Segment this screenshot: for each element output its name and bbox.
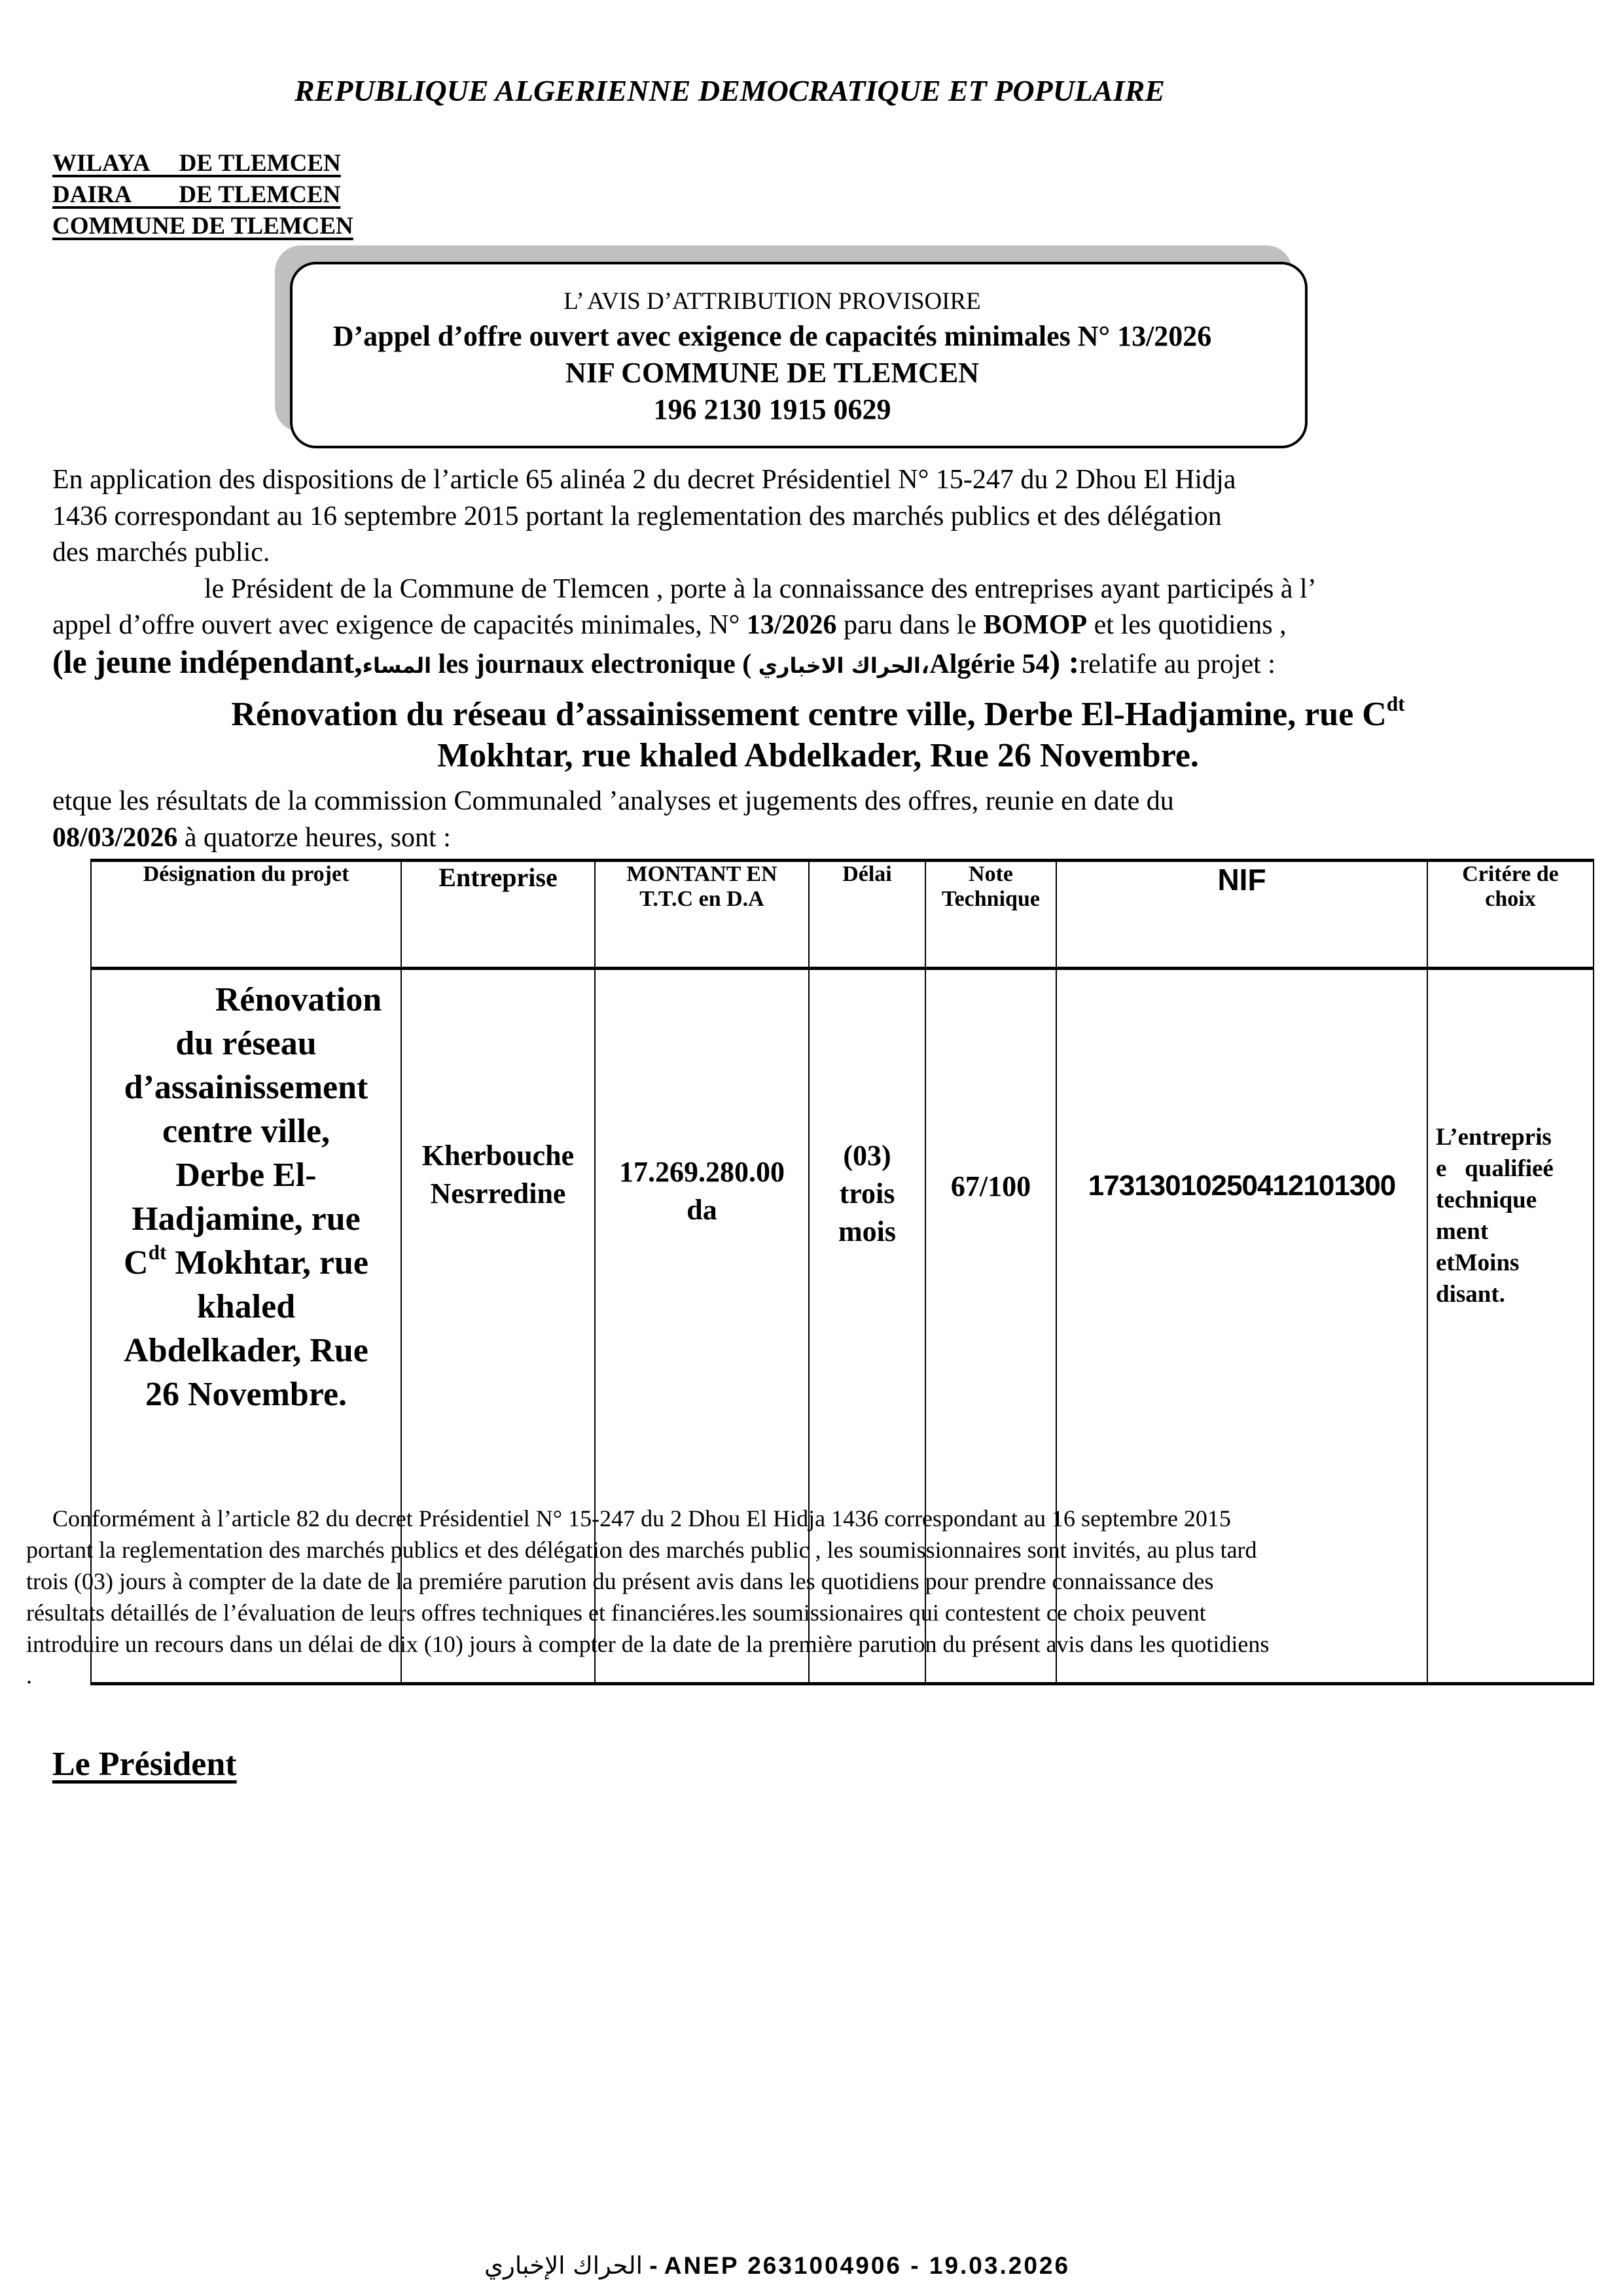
header-entreprise: Entreprise [401, 861, 595, 969]
tender-title: D’appel d’offre ouvert avec exigence de … [249, 318, 1296, 355]
montant-currency: da [599, 1191, 804, 1229]
results-intro-line-1: etque les résultats de la commission Com… [52, 783, 1577, 820]
critere-line: etMoins [1436, 1247, 1589, 1279]
republic-heading: REPUBLIQUE ALGERIENNE DEMOCRATIQUE ET PO… [294, 73, 1165, 108]
newspaper-arabic-1: المساء [363, 653, 431, 678]
header-note: NoteTechnique [925, 861, 1056, 969]
closing-line-6: . [26, 1660, 1551, 1691]
project-title-line-2: Mokhtar, rue khaled Abdelkader, Rue 26 N… [52, 735, 1584, 776]
commune-line: COMMUNE DE TLEMCEN [52, 212, 353, 240]
project-title-line-1: Rénovation du réseau d’assainissement ce… [231, 696, 1386, 733]
header-note-1: Note [930, 862, 1052, 887]
closing-line-5: introduire un recours dans un délai de d… [26, 1628, 1551, 1660]
intro-line-2: 1436 correspondant au 16 septembre 2015 … [52, 499, 1577, 535]
designation-line: centre ville, [96, 1109, 397, 1153]
results-intro-line-2: 08/03/2026 à quatorze heures, sont : [52, 820, 1577, 857]
signature-label: Le Président [52, 1745, 237, 1784]
nif-label: NIF COMMUNE DE TLEMCEN [249, 355, 1296, 391]
intro-line-6: (le jeune indépendant,المساء les journau… [52, 644, 1577, 685]
header-nif: NIF [1056, 861, 1427, 969]
closing-paragraph: Conformément à l’article 82 du decret Pr… [26, 1503, 1551, 1691]
header-montant: MONTANT ENT.T.C en D.A [595, 861, 809, 969]
designation-cdt-post: Mokhtar, rue [166, 1244, 368, 1282]
intro-line-6-end: relatife au projet : [1079, 649, 1275, 679]
intro-line-4: le Président de la Commune de Tlemcen , … [52, 571, 1577, 608]
intro-paragraph: En application des dispositions de l’art… [52, 462, 1577, 684]
designation-line: Cdt Mokhtar, rue [96, 1241, 397, 1285]
newspaper-algerie54: ،Algérie 54 [921, 649, 1050, 679]
project-title: Rénovation du réseau d’assainissement ce… [52, 694, 1584, 776]
intro-line-6-close: ) : [1049, 643, 1079, 680]
header-note-2: Technique [930, 887, 1052, 912]
designation-cdt-sup: dt [149, 1241, 167, 1264]
intro-line-5-b: paru dans le [837, 610, 984, 640]
tender-number: 13/2026 [747, 610, 837, 640]
designation-line: Abdelkader, Rue [96, 1329, 397, 1372]
intro-line-5-c: et les quotidiens , [1087, 610, 1286, 640]
closing-line-3: trois (03) jours à compter de la date de… [26, 1566, 1551, 1597]
footer-anep: - ANEP 2631004906 - 19.03.2026 [643, 2252, 1070, 2279]
newspaper-arabic-2: الحراك الاخباري [758, 653, 921, 678]
project-title-sup: dt [1387, 692, 1405, 715]
intro-line-5-a: appel d’offre ouvert avec exigence de ca… [52, 610, 747, 640]
critere-line: technique [1436, 1185, 1589, 1216]
closing-line-1: Conformément à l’article 82 du decret Pr… [26, 1503, 1551, 1534]
critere-line: L’entrepris [1436, 1122, 1589, 1153]
delai-words-1: trois [813, 1175, 921, 1213]
newspapers: (le jeune indépendant, [52, 643, 363, 680]
notice-type: L’ AVIS D’ATTRIBUTION PROVISOIRE [249, 285, 1296, 318]
header-critere: Critére dechoix [1427, 861, 1594, 969]
closing-line-2: portant la reglementation des marchés pu… [26, 1534, 1551, 1566]
results-intro: etque les résultats de la commission Com… [52, 783, 1577, 856]
meeting-date: 08/03/2026 [52, 823, 177, 853]
critere-line: ment [1436, 1216, 1589, 1247]
header-critere-2: choix [1432, 887, 1589, 912]
intro-line-5: appel d’offre ouvert avec exigence de ca… [52, 607, 1577, 644]
table-header-row: Désignation du projet Entreprise MONTANT… [91, 861, 1594, 969]
entreprise-name-1: Kherbouche [406, 1137, 590, 1175]
publication-footer: الحراك الإخباري - ANEP 2631004906 - 19.0… [484, 2251, 1070, 2280]
delai-number: (03) [813, 1137, 921, 1175]
delai-words-2: mois [813, 1213, 921, 1251]
designation-line: Derbe El- [96, 1153, 397, 1197]
header-montant-1: MONTANT EN [599, 862, 804, 887]
header-delai: Délai [809, 861, 925, 969]
title-box-text: L’ AVIS D’ATTRIBUTION PROVISOIRE D’appel… [249, 285, 1296, 428]
designation-cdt: C [124, 1244, 149, 1282]
designation-line: 26 Novembre. [96, 1372, 397, 1416]
bomop-label: BOMOP [983, 610, 1087, 640]
designation-line: khaled [96, 1285, 397, 1329]
header-critere-1: Critére de [1432, 862, 1589, 887]
designation-line: d’assainissement [96, 1066, 397, 1109]
critere-line: e qualifieé [1436, 1153, 1589, 1185]
wilaya-line: WILAYA DE TLEMCEN [52, 149, 341, 177]
entreprise-name-2: Nesrredine [406, 1175, 590, 1213]
daira-line: DAIRA DE TLEMCEN [52, 181, 340, 209]
designation-line: Rénovation [96, 978, 397, 1022]
footer-arabic: الحراك الإخباري [484, 2251, 643, 2280]
intro-line-3: des marchés public. [52, 535, 1577, 571]
header-montant-2: T.T.C en D.A [599, 887, 804, 912]
montant-value: 17.269.280.00 [599, 1153, 804, 1191]
closing-line-4: résultats détaillés de l’évaluation de l… [26, 1597, 1551, 1628]
critere-line: disant. [1436, 1279, 1589, 1310]
header-designation: Désignation du projet [91, 861, 401, 969]
electronic-journals: les journaux electronique ( [431, 649, 758, 679]
nif-commune-value: 196 2130 1915 0629 [249, 391, 1296, 428]
designation-line: Hadjamine, rue [96, 1197, 397, 1241]
results-intro-line-2-rest: à quatorze heures, sont : [177, 823, 451, 853]
intro-line-1: En application des dispositions de l’art… [52, 462, 1577, 499]
designation-line: du réseau [96, 1022, 397, 1066]
